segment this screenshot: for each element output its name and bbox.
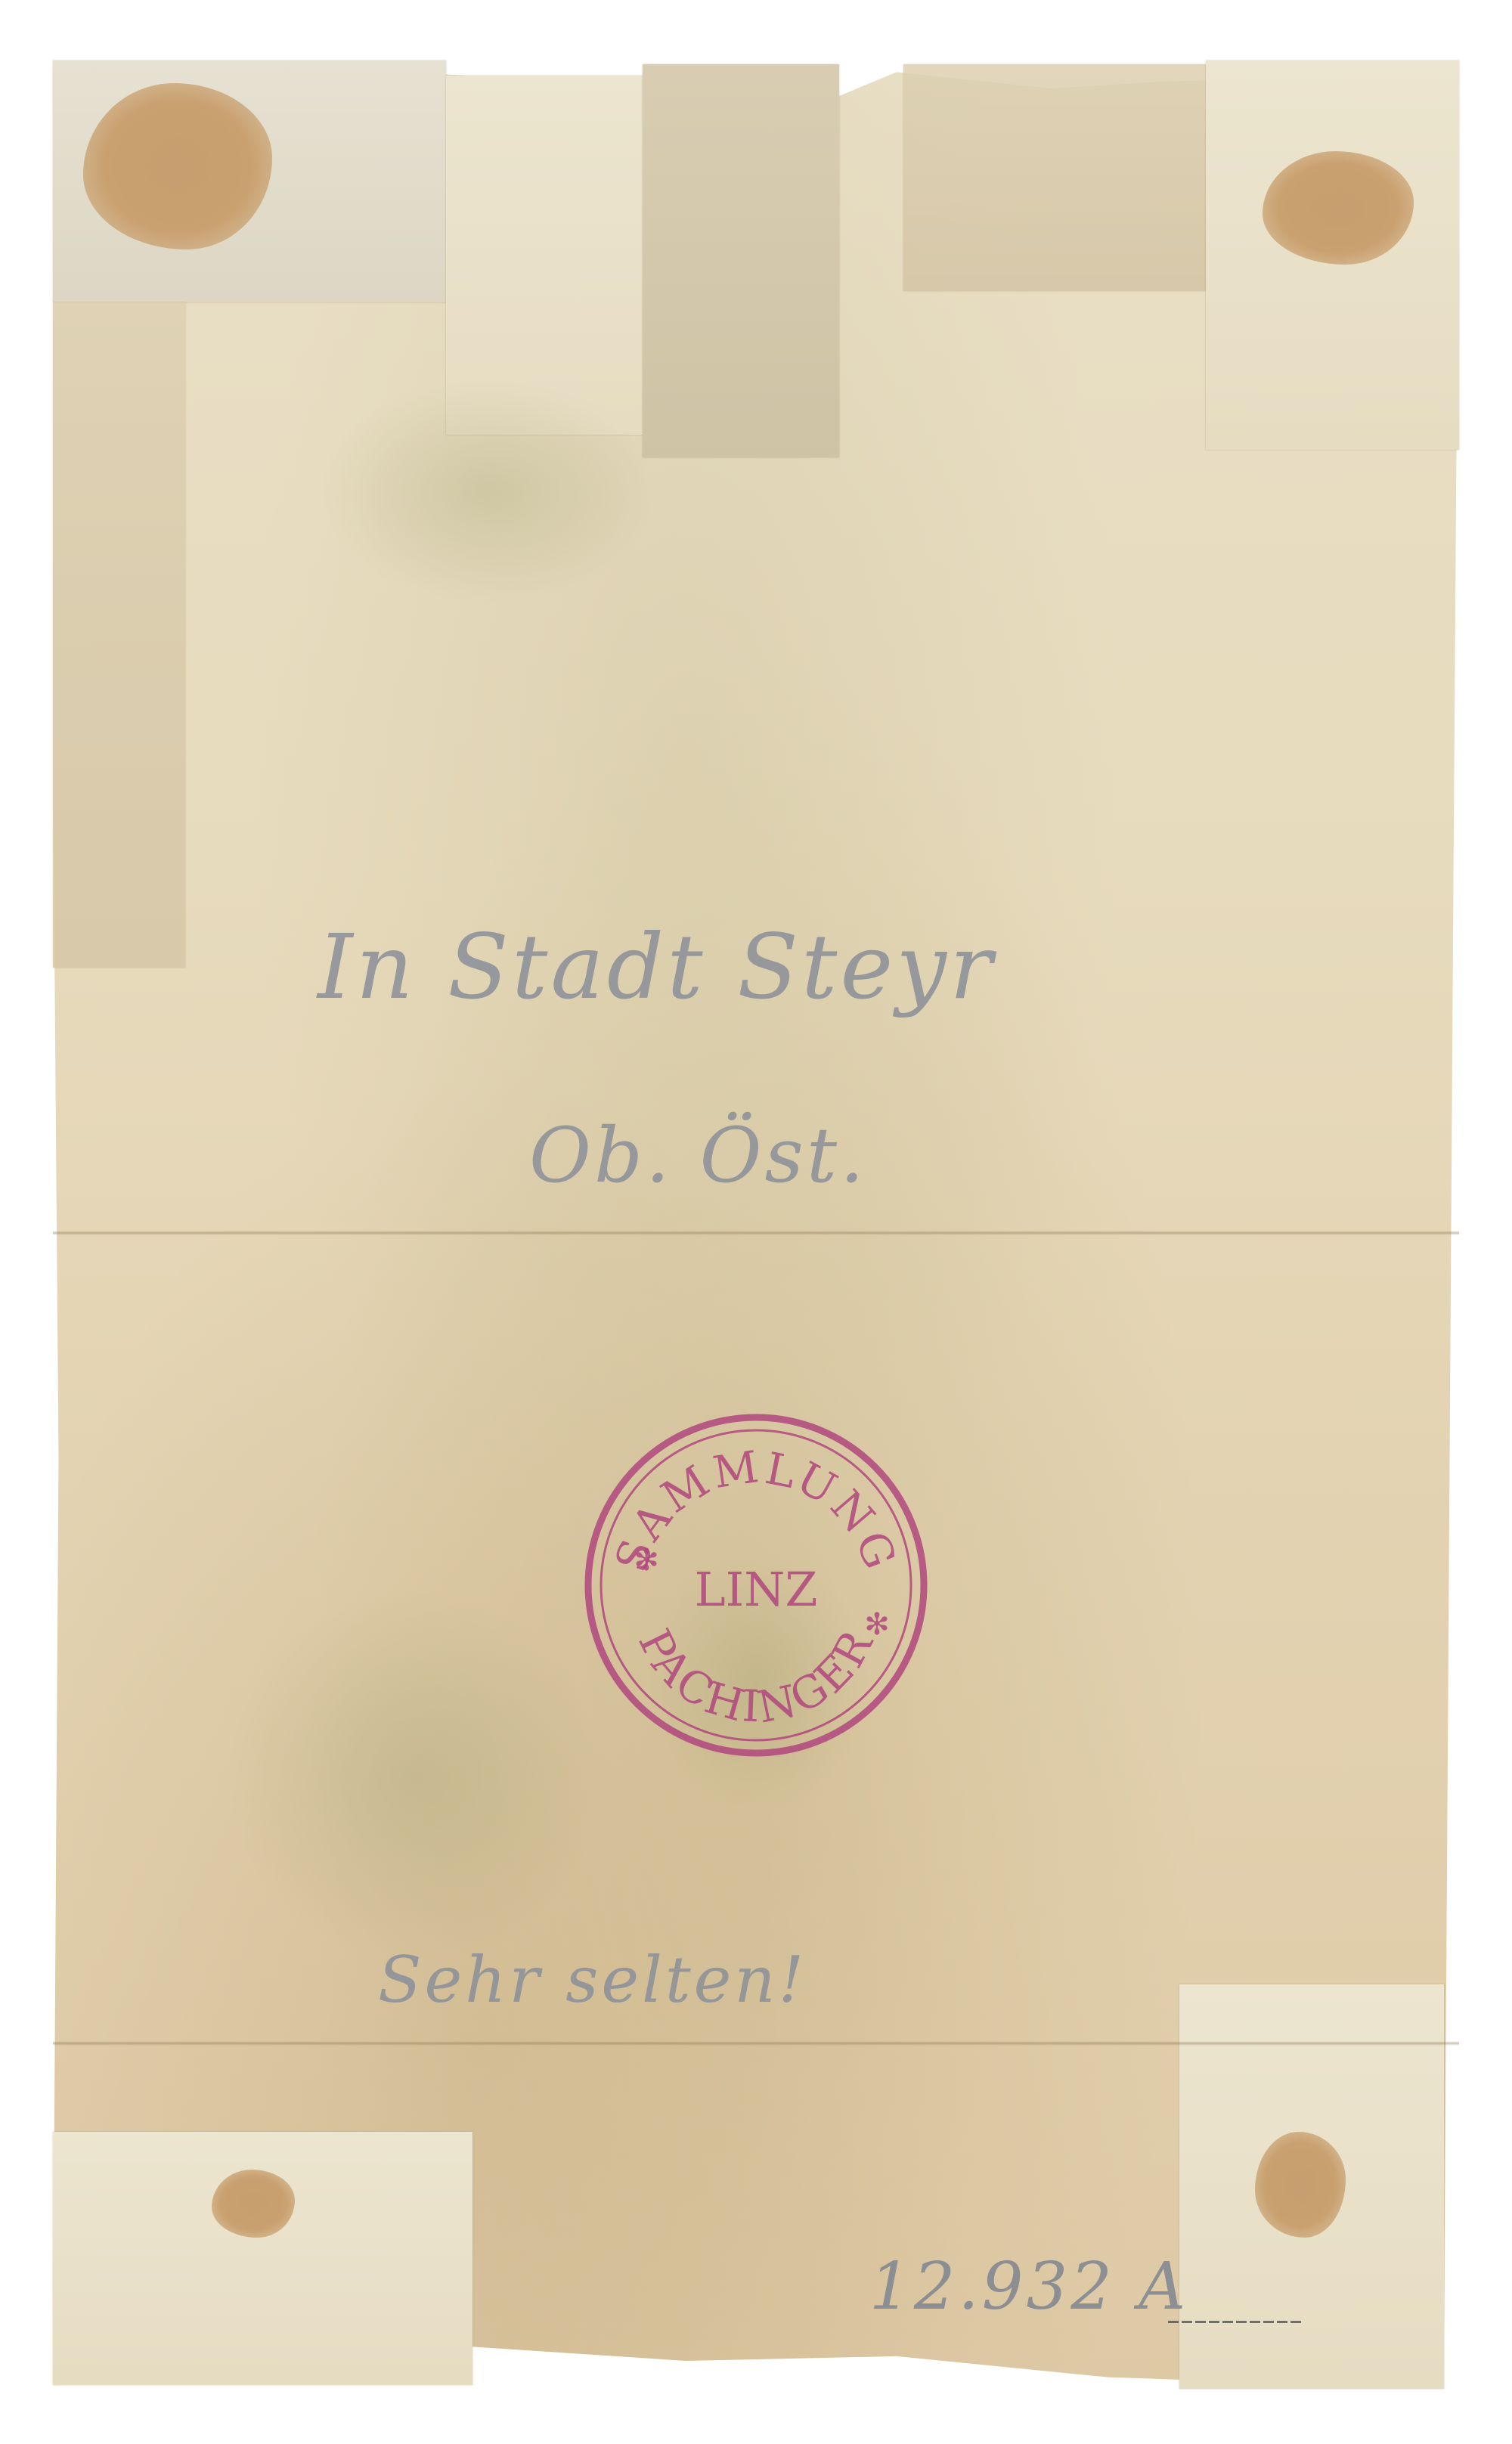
glue-spot-top-right [1263, 151, 1414, 265]
glue-spot-top-left [83, 83, 272, 249]
stamp-bottom-text: PACHINGER [628, 1620, 884, 1733]
stamp-ornament-right-icon: ✻ [864, 1607, 890, 1642]
hinge-patch-left-strip [53, 302, 185, 968]
water-stain [227, 1588, 605, 1965]
inventory-number-underline [1168, 2321, 1304, 2323]
inventory-number: 12.932 A [869, 2249, 1188, 2325]
fold-line-middle [53, 1231, 1459, 1235]
glue-spot-bottom-left [212, 2170, 295, 2238]
water-stain [318, 378, 658, 605]
collection-stamp: SAMMLUNG PACHINGER LINZ ✻ ✻ [578, 1408, 934, 1763]
handwritten-region-line: Ob. Öst. [529, 1111, 867, 1200]
handwritten-rarity-note: Sehr selten! [378, 1943, 807, 2017]
fold-line-lower [53, 2041, 1459, 2046]
stamp-ornament-left-icon: ✻ [634, 1543, 659, 1578]
hinge-patch-top-translucent [903, 64, 1206, 291]
svg-text:PACHINGER: PACHINGER [628, 1620, 884, 1733]
hinge-patch-bottom-left [53, 2132, 472, 2385]
handwritten-place-line: In Stadt Steyr [318, 915, 995, 1019]
stamp-center-text: LINZ [695, 1562, 818, 1617]
glue-spot-bottom-right [1255, 2132, 1346, 2238]
hinge-patch-top-middle [643, 64, 839, 457]
